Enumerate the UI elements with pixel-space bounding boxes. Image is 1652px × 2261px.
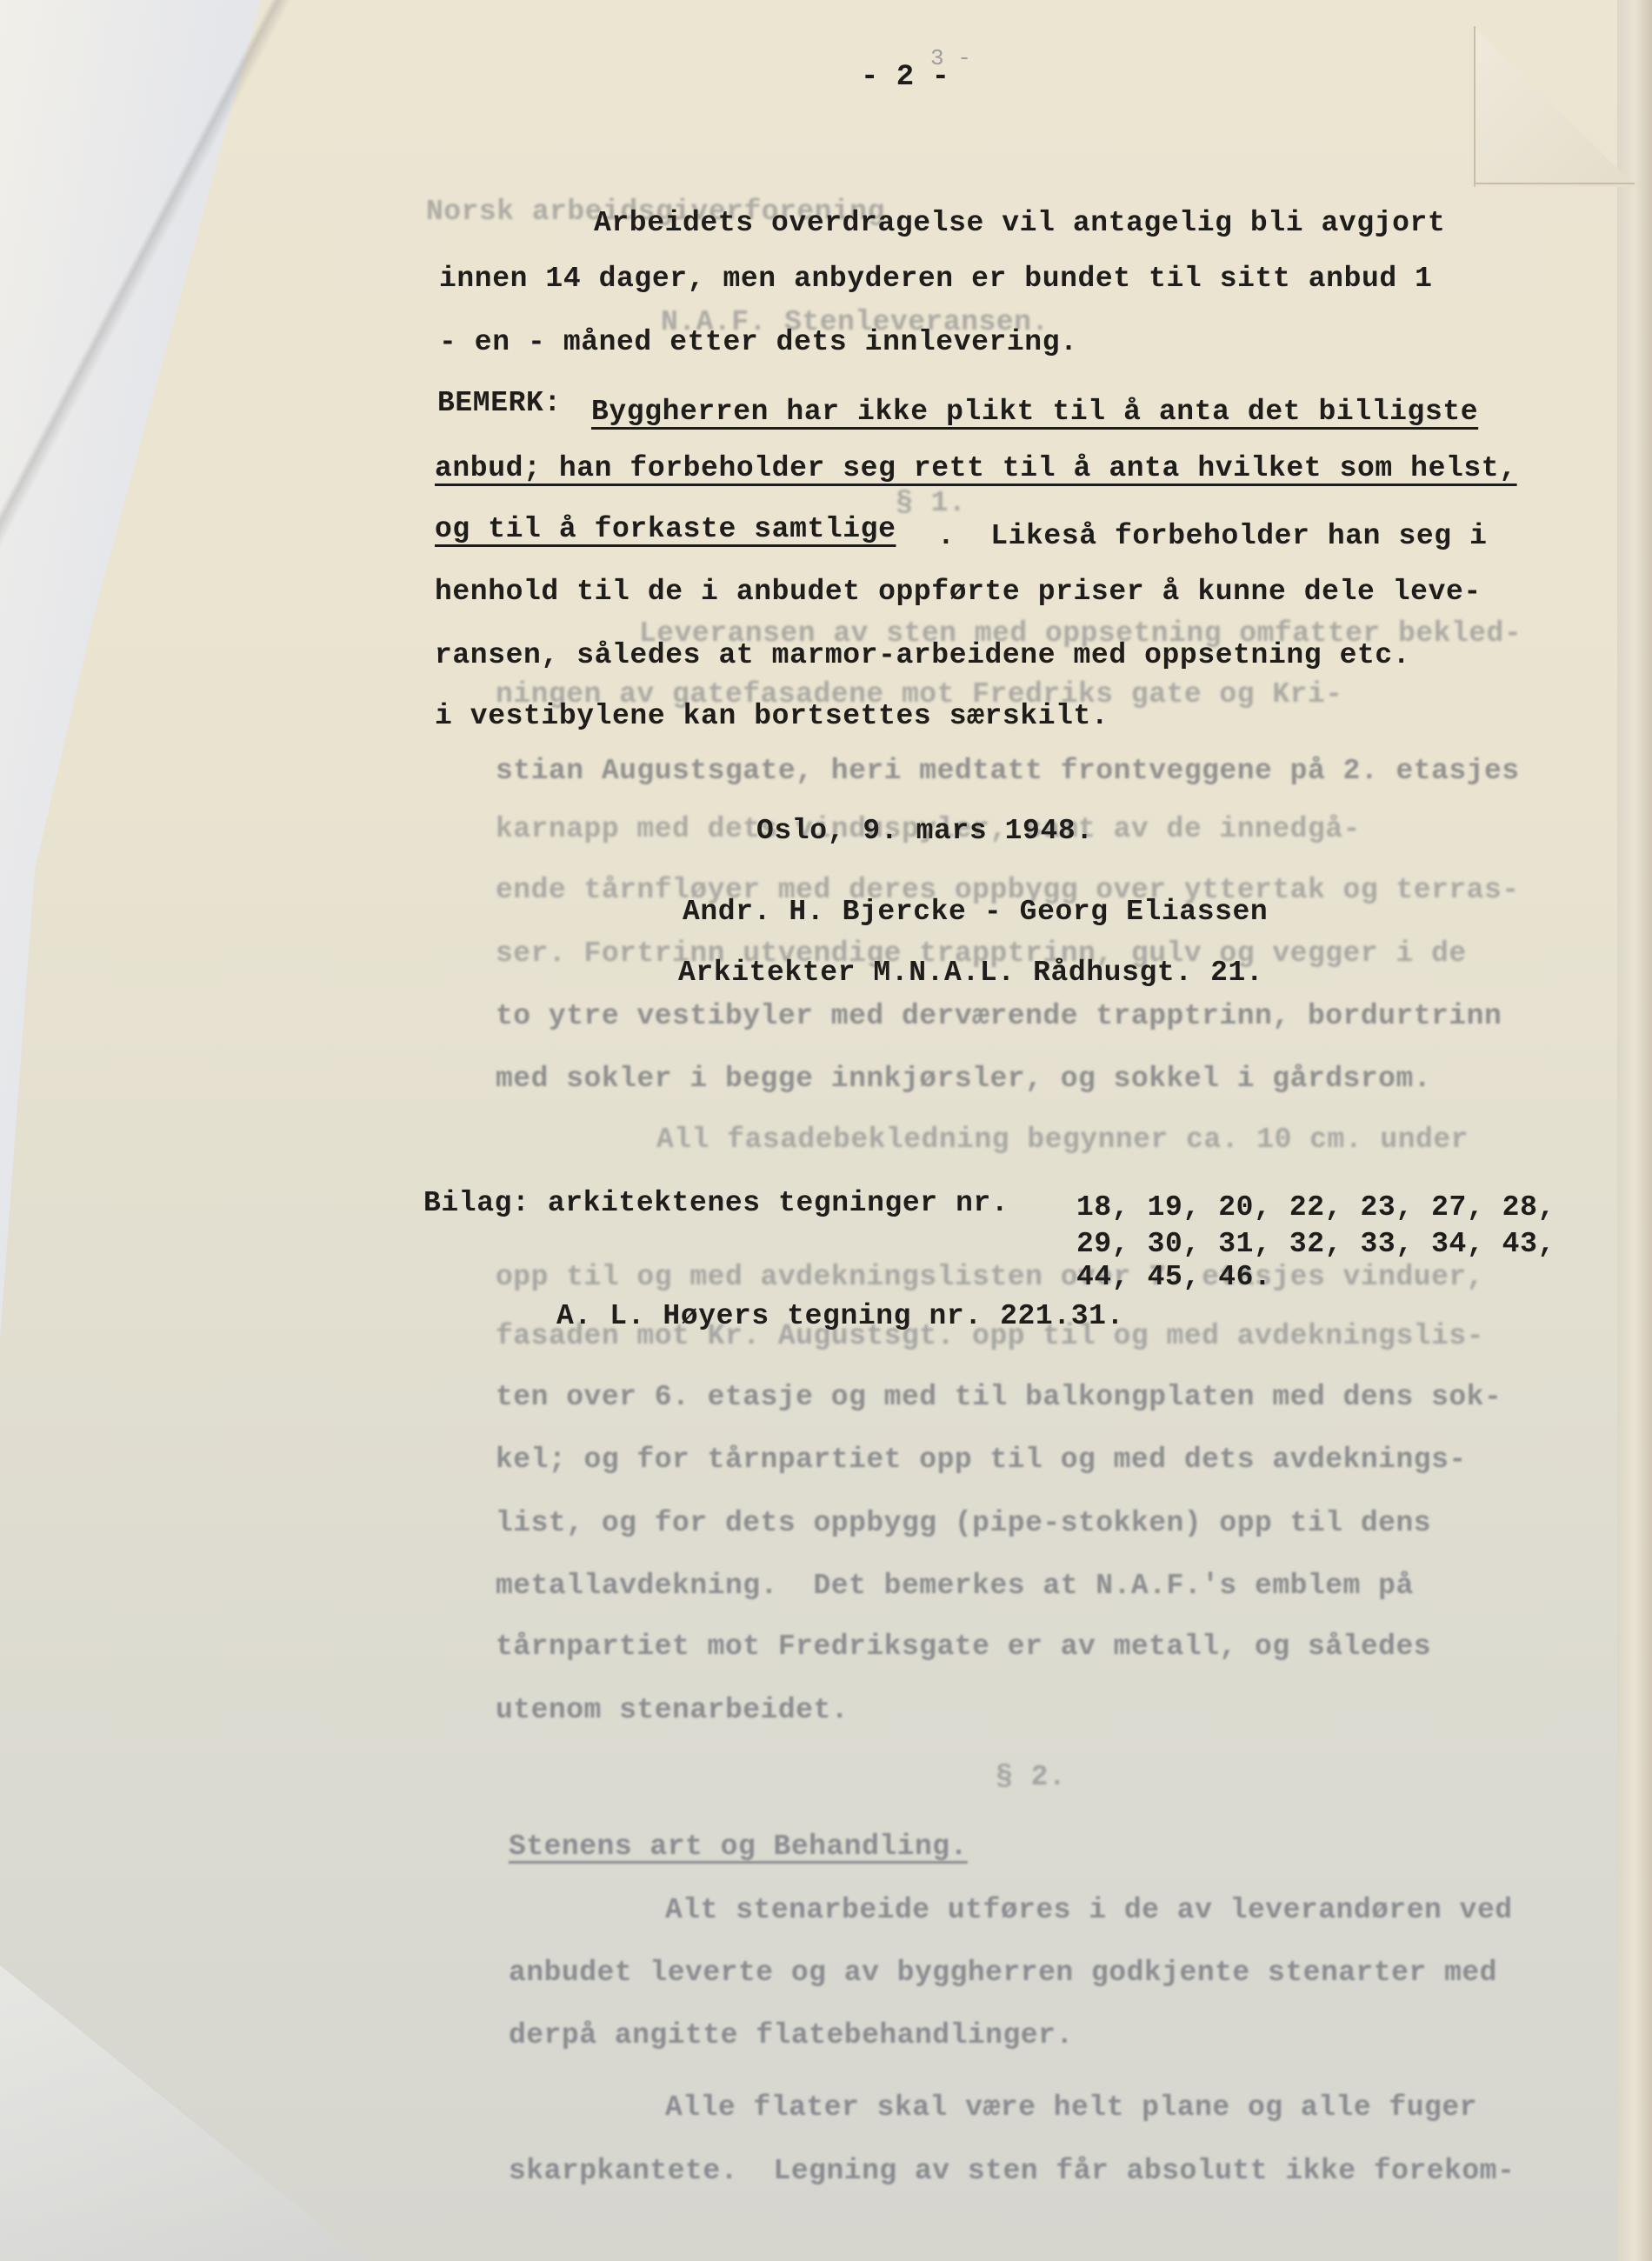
ghost-line: All fasadebekledning begynner ca. 10 cm.… bbox=[656, 1124, 1469, 1156]
ghost-line: stian Augustsgate, heri medtatt frontveg… bbox=[496, 755, 1520, 787]
sheet-right-edge bbox=[1617, 0, 1652, 2261]
attachments-other: A. L. Høyers tegning nr. 221.31. bbox=[556, 1300, 1124, 1332]
ghost-section-number: § 2. bbox=[996, 1761, 1066, 1793]
paragraph-line: - en - måned etter dets innlevering. bbox=[439, 326, 1078, 358]
ghost-line: anbudet leverte og av byggherren godkjen… bbox=[509, 1957, 1497, 1989]
remark-label: BEMERK: bbox=[437, 387, 562, 419]
ghost-line: § 1. bbox=[896, 487, 966, 519]
ghost-line: Alt stenarbeide utføres i de av leverand… bbox=[665, 1894, 1513, 1926]
page-number-overtyped: 3 - bbox=[930, 45, 971, 71]
remark-underlined-line: Byggherren har ikke plikt til å anta det… bbox=[591, 396, 1478, 428]
ghost-line: utenom stenarbeidet. bbox=[496, 1694, 849, 1726]
ghost-line: list, og for dets oppbygg (pipe-stokken)… bbox=[496, 1507, 1431, 1539]
ghost-line: med sokler i begge innkjørsler, og sokke… bbox=[496, 1063, 1431, 1095]
ghost-section-heading: Stenens art og Behandling. bbox=[509, 1831, 968, 1863]
ghost-line: ten over 6. etasje og med til balkongpla… bbox=[496, 1381, 1502, 1413]
remark-line: henhold til de i anbudet oppførte priser… bbox=[435, 576, 1482, 608]
paragraph-line: Arbeidets overdragelse vil antagelig bli… bbox=[594, 207, 1445, 239]
attachments-numbers-line: 18, 19, 20, 22, 23, 27, 28, bbox=[1076, 1191, 1555, 1224]
ghost-line: Alle flater skal være helt plane og alle… bbox=[665, 2091, 1477, 2124]
ghost-line: kel; og for tårnpartiet opp til og med d… bbox=[496, 1444, 1467, 1476]
folded-corner-edge-bottom bbox=[1474, 183, 1635, 184]
ghost-line: derpå angitte flatebehandlinger. bbox=[509, 2019, 1074, 2051]
ghost-line: to ytre vestibyler med derværende trappt… bbox=[496, 1000, 1502, 1032]
signature-names: Andr. H. Bjercke - Georg Eliassen bbox=[683, 896, 1268, 928]
remark-line-continuation: . Likeså forbeholder han seg i bbox=[937, 520, 1488, 552]
ghost-line: skarpkantete. Legning av sten får absolu… bbox=[509, 2155, 1515, 2187]
ghost-line: tårnpartiet mot Fredriksgate er av metal… bbox=[496, 1631, 1431, 1663]
paragraph-line: innen 14 dager, men anbyderen er bundet … bbox=[439, 263, 1433, 295]
remark-line: ransen, således at marmor-arbeidene med … bbox=[435, 639, 1410, 671]
attachments-numbers-line: 29, 30, 31, 32, 33, 34, 43, bbox=[1076, 1228, 1555, 1260]
attachments-numbers-line: 44, 45, 46. bbox=[1076, 1261, 1271, 1293]
folded-corner-edge bbox=[1474, 26, 1475, 183]
remark-underlined-line: og til å forkaste samtlige bbox=[435, 513, 896, 545]
ghost-line: opp til og med avdekningslisten over 7. … bbox=[496, 1261, 1484, 1293]
attachments-label: Bilag: arkitektenes tegninger nr. bbox=[423, 1187, 1009, 1219]
remark-underlined-line: anbud; han forbeholder seg rett til å an… bbox=[435, 452, 1517, 484]
remark-line: i vestibylene kan bortsettes særskilt. bbox=[435, 700, 1109, 732]
ghost-line: metallavdekning. Det bemerkes at N.A.F.'… bbox=[496, 1570, 1414, 1602]
place-date: Oslo, 9. mars 1948. bbox=[756, 815, 1094, 847]
signature-title-address: Arkitekter M.N.A.L. Rådhusgt. 21. bbox=[678, 957, 1263, 989]
